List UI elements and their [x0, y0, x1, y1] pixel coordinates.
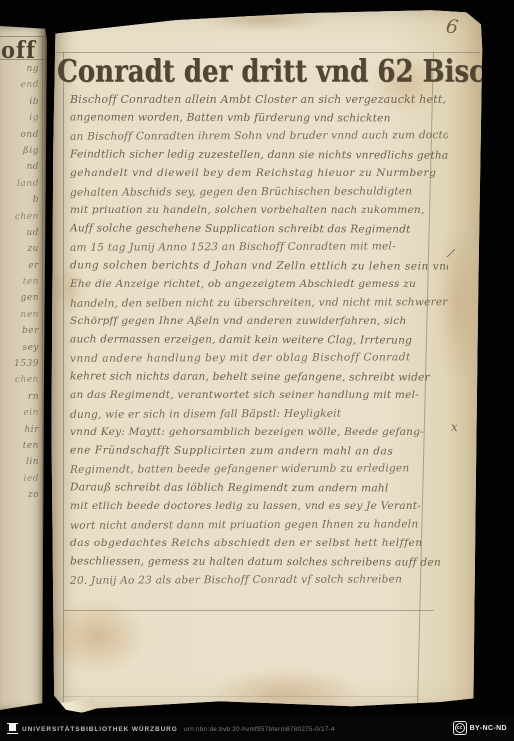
facing-text-line: 1539	[0, 359, 39, 375]
facing-text-line: ond	[0, 130, 39, 146]
scan-footer-bar: UNIVERSITÄTSBIBLIOTHEK WÜRZBURG urn:nbn:…	[0, 715, 514, 741]
manuscript-line: an das Regimendt, verantwortet sich sein…	[70, 389, 448, 408]
manuscript-text-block: Bischoff Conradten allein Ambt Closter a…	[70, 93, 448, 593]
manuscript-line: dung, wie er sich in disem fall Bäpstl: …	[70, 407, 448, 427]
manuscript-line: Bischoff Conradten allein Ambt Closter a…	[70, 93, 448, 112]
manuscript-line: 20. Junij Ao 23 als aber Bischoff Conrad…	[70, 573, 448, 593]
manuscript-line: beschliessen, gemess zu halten datum sol…	[70, 555, 448, 575]
manuscript-line: das obgedachtes Reichs abschiedt den er …	[70, 537, 448, 556]
manuscript-line: mit priuation zu handeln, solchen vorbeh…	[70, 204, 448, 223]
facing-text-line: ig	[0, 113, 39, 130]
facing-text-line: ud	[0, 228, 39, 244]
margin-mark-x: x	[451, 420, 458, 434]
facing-text-line: nen	[0, 310, 39, 327]
facing-text-line: ten	[0, 441, 39, 458]
license-badge: cc BY-NC-ND	[453, 721, 507, 735]
manuscript-line: an Bischoff Conradten ihrem Sohn vnd bru…	[70, 129, 448, 149]
facing-text-line: er	[0, 261, 39, 277]
manuscript-line: Ehe die Anzeige richtet, ob angezeigtem …	[70, 278, 448, 297]
facing-text-line: chen	[0, 375, 39, 392]
manuscript-line: auch dermassen erzeigen, damit kein weit…	[70, 333, 448, 353]
facing-text-line: gen	[0, 293, 39, 309]
ruled-line-top	[53, 52, 480, 53]
facing-text-line: zo	[0, 490, 39, 506]
ruled-line-page-foot	[63, 696, 419, 697]
facing-text-line: ib	[0, 97, 39, 113]
facing-text-line: ied	[0, 473, 39, 490]
facing-text-line: b	[0, 195, 39, 211]
manuscript-line: Regimendt, batten beede gefangener wider…	[70, 462, 448, 482]
facing-text-line: nd	[0, 162, 39, 178]
creative-commons-icon: cc	[453, 721, 467, 735]
license-label: BY-NC-ND	[470, 725, 507, 732]
manuscript-line: ene Fründschafft Supplicirten zum andern…	[70, 444, 448, 464]
ruled-line-left-margin	[63, 52, 64, 702]
manuscript-page: 6 Conradt der dritt vnd 62 Bischoff Bisc…	[44, 6, 484, 714]
facing-text-line: lin	[0, 457, 39, 473]
manuscript-line: Darauß schreibt das löblich Regimendt zu…	[70, 481, 448, 501]
facing-text-column: ngendibigondßigndlandbchenudzuertengenne…	[0, 64, 39, 507]
manuscript-line: kehret sich nichts daran, behelt seine g…	[70, 370, 448, 390]
chapter-title: Conradt der dritt vnd 62 Bischoff	[57, 54, 465, 90]
facing-text-line: chen	[0, 211, 39, 228]
manuscript-line: mit etlich beede doctores ledig zu lasse…	[70, 500, 448, 519]
library-logo-icon	[7, 723, 18, 734]
manuscript-line: angenomen worden, Batten vmb fürderung v…	[70, 111, 448, 131]
facing-text-line: ng	[0, 64, 39, 80]
facing-page-edge: off ngendibigondßigndlandbchenudzuerteng…	[0, 26, 47, 710]
facing-text-line: ein	[0, 408, 39, 425]
facing-text-line: ßig	[0, 146, 39, 163]
manuscript-line: vnnd andere handlung bey mit der oblag B…	[70, 351, 448, 371]
facing-title-fragment: off	[1, 36, 36, 64]
manuscript-line: handeln, den selben nicht zu überschreit…	[70, 296, 448, 316]
manuscript-line: gehandelt vnd dieweil bey dem Reichstag …	[70, 167, 448, 186]
facing-text-line: ber	[0, 326, 39, 342]
library-name: UNIVERSITÄTSBIBLIOTHEK WÜRZBURG	[22, 726, 178, 733]
manuscript-line: vnnd Key: Maytt: gehorsamblich bezeigen …	[70, 426, 448, 445]
manuscript-line: am 15 tag Junij Anno 1523 an Bischoff Co…	[70, 240, 448, 260]
facing-text-line: ten	[0, 277, 39, 294]
folio-number: 6	[445, 15, 460, 38]
facing-text-line: hir	[0, 425, 39, 441]
manuscript-line: Auff solche geschehene Supplication schr…	[70, 222, 448, 242]
facing-text-line: end	[0, 80, 39, 97]
manuscript-line: wort nicht anderst dann mit priuation ge…	[70, 518, 448, 538]
margin-mark-slash: /	[447, 246, 455, 261]
facing-margin-rule	[42, 36, 43, 692]
manuscript-line: Schörpff gegen Ihne Aßeln vnd anderen zu…	[70, 315, 448, 334]
facing-text-line: land	[0, 178, 39, 195]
manuscript-line: gehalten Abschids sey, gegen den Brüchis…	[70, 185, 448, 205]
manuscript-line: Feindtlich sicher ledig zuzestellen, dan…	[70, 148, 448, 168]
urn-identifier: urn:nbn:de:bvb:20-hvmf957bterm8780275-0/…	[184, 726, 335, 733]
facing-text-line: zu	[0, 244, 39, 261]
facing-text-line: sey	[0, 342, 39, 359]
manuscript-line: dung solchen berichts d Johan vnd Zelln …	[70, 259, 448, 279]
ruled-line-text-bottom	[63, 610, 434, 611]
scan-background: off ngendibigondßigndlandbchenudzuerteng…	[0, 0, 514, 741]
facing-text-line: rn	[0, 392, 39, 408]
